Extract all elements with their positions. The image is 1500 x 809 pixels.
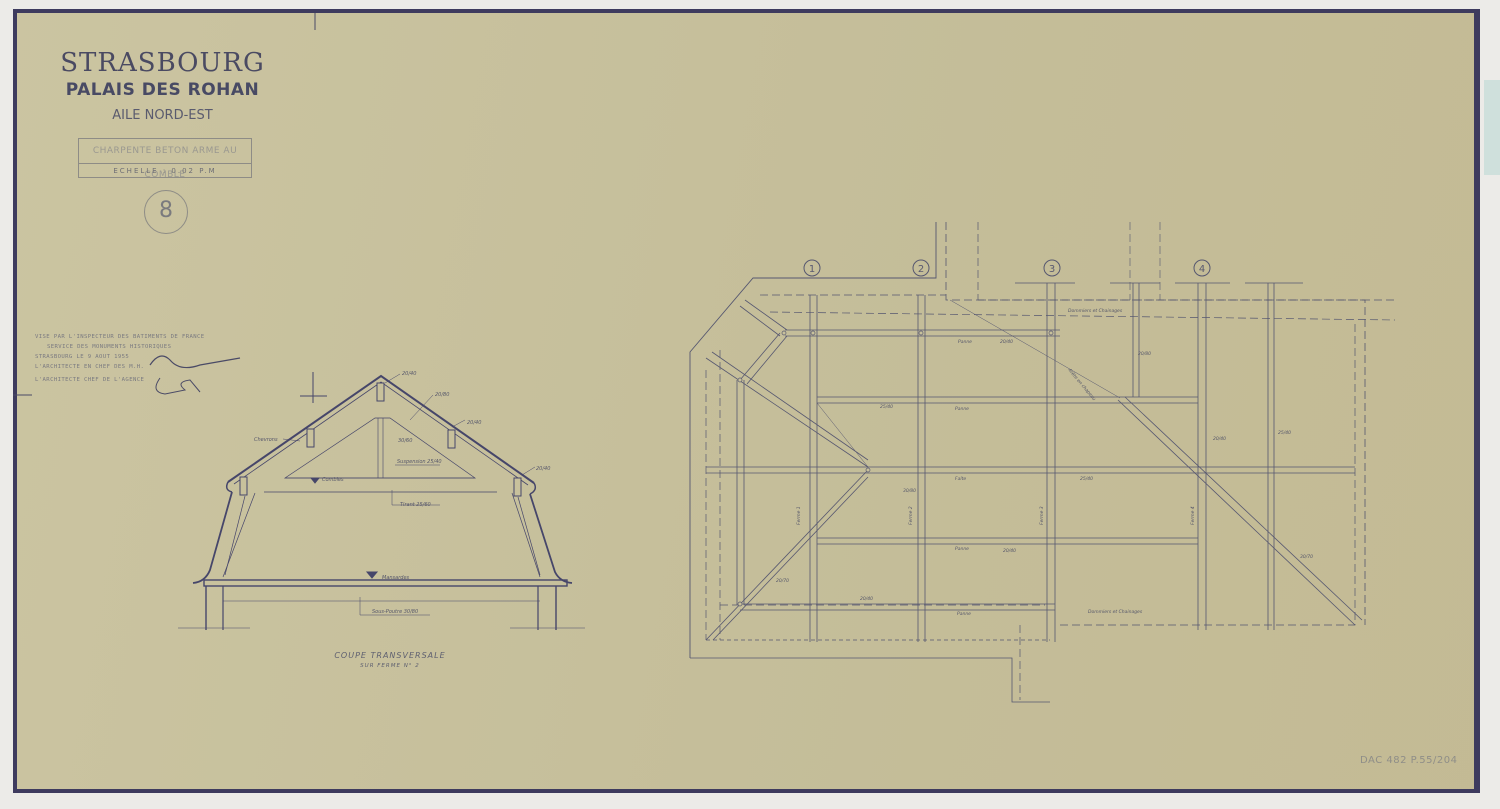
label-top-band: Dommiers et Chainages	[1068, 308, 1123, 314]
label-sec-a: 20/40	[1000, 339, 1013, 345]
caption-subtitle: SUR FERME N° 2	[320, 663, 460, 669]
label-chevrons: Chevrons	[254, 437, 278, 443]
label-sec-c: 25/40	[1080, 476, 1093, 482]
label-sec-j: 25/40	[1278, 430, 1291, 436]
label-sec-b: 25/40	[880, 404, 893, 410]
drawing-canvas: 20/40 20/80 20/40 20/40 Chevrons 30/60 S…	[0, 0, 1500, 809]
archive-reference: DAC 482 P.55/204	[1360, 755, 1457, 766]
label-sec-h: 20/40	[860, 596, 873, 602]
caption-title: COUPE TRANSVERSALE	[320, 651, 460, 660]
label-purlin: 20/40	[467, 420, 481, 426]
roof-plan	[690, 222, 1395, 702]
label-panne-bottom: Panne	[957, 611, 971, 617]
label-sec-e: 30/80	[903, 488, 916, 494]
label-mansardes: Mansardes	[382, 575, 410, 581]
label-bottom-band: Dommiers et Chainages	[1088, 609, 1143, 615]
label-sec-g: 20/70	[776, 578, 789, 584]
section-caption: COUPE TRANSVERSALE SUR FERME N° 2	[320, 651, 460, 669]
axis-4: 4	[1199, 264, 1205, 275]
label-faite: Faîte	[955, 475, 966, 482]
label-ridge: 20/40	[402, 371, 416, 377]
label-ferme4: Ferme 4	[1190, 506, 1196, 525]
label-rafter: 20/80	[435, 392, 449, 398]
cross-section	[178, 372, 585, 630]
label-sec-f: 20/40	[1003, 548, 1016, 554]
axis-3: 3	[1049, 264, 1055, 275]
label-collar: Tirant 25/60	[400, 502, 431, 508]
axis-labels: 1 2 3 4	[809, 264, 1205, 275]
label-panne-low: Panne	[955, 546, 969, 552]
label-ferme1: Ferme 1	[796, 506, 802, 525]
label-beam: Sous-Poutre 30/80	[372, 609, 418, 615]
label-sec-i: 30/70	[1300, 554, 1313, 560]
label-brace: 30/60	[398, 438, 412, 444]
section-labels: 20/40 20/80 20/40 20/40 Chevrons 30/60 S…	[254, 371, 550, 615]
label-combles: Combles	[322, 477, 344, 483]
label-ferme3: Ferme 3	[1039, 506, 1045, 525]
label-hanger: Suspension 25/40	[397, 459, 442, 465]
label-sec-k: 20/40	[1213, 436, 1226, 442]
label-sec-d: 20/80	[1138, 351, 1151, 357]
axis-markers	[804, 260, 1210, 276]
axis-1: 1	[809, 264, 815, 275]
label-panne-top: Panne	[958, 339, 972, 345]
label-ferme2: Ferme 2	[908, 506, 914, 525]
signature	[156, 378, 200, 394]
signature	[150, 356, 240, 368]
label-purlin-eave: 20/40	[536, 466, 550, 472]
axis-2: 2	[918, 264, 924, 275]
label-panne-mid: Panne	[955, 406, 969, 412]
